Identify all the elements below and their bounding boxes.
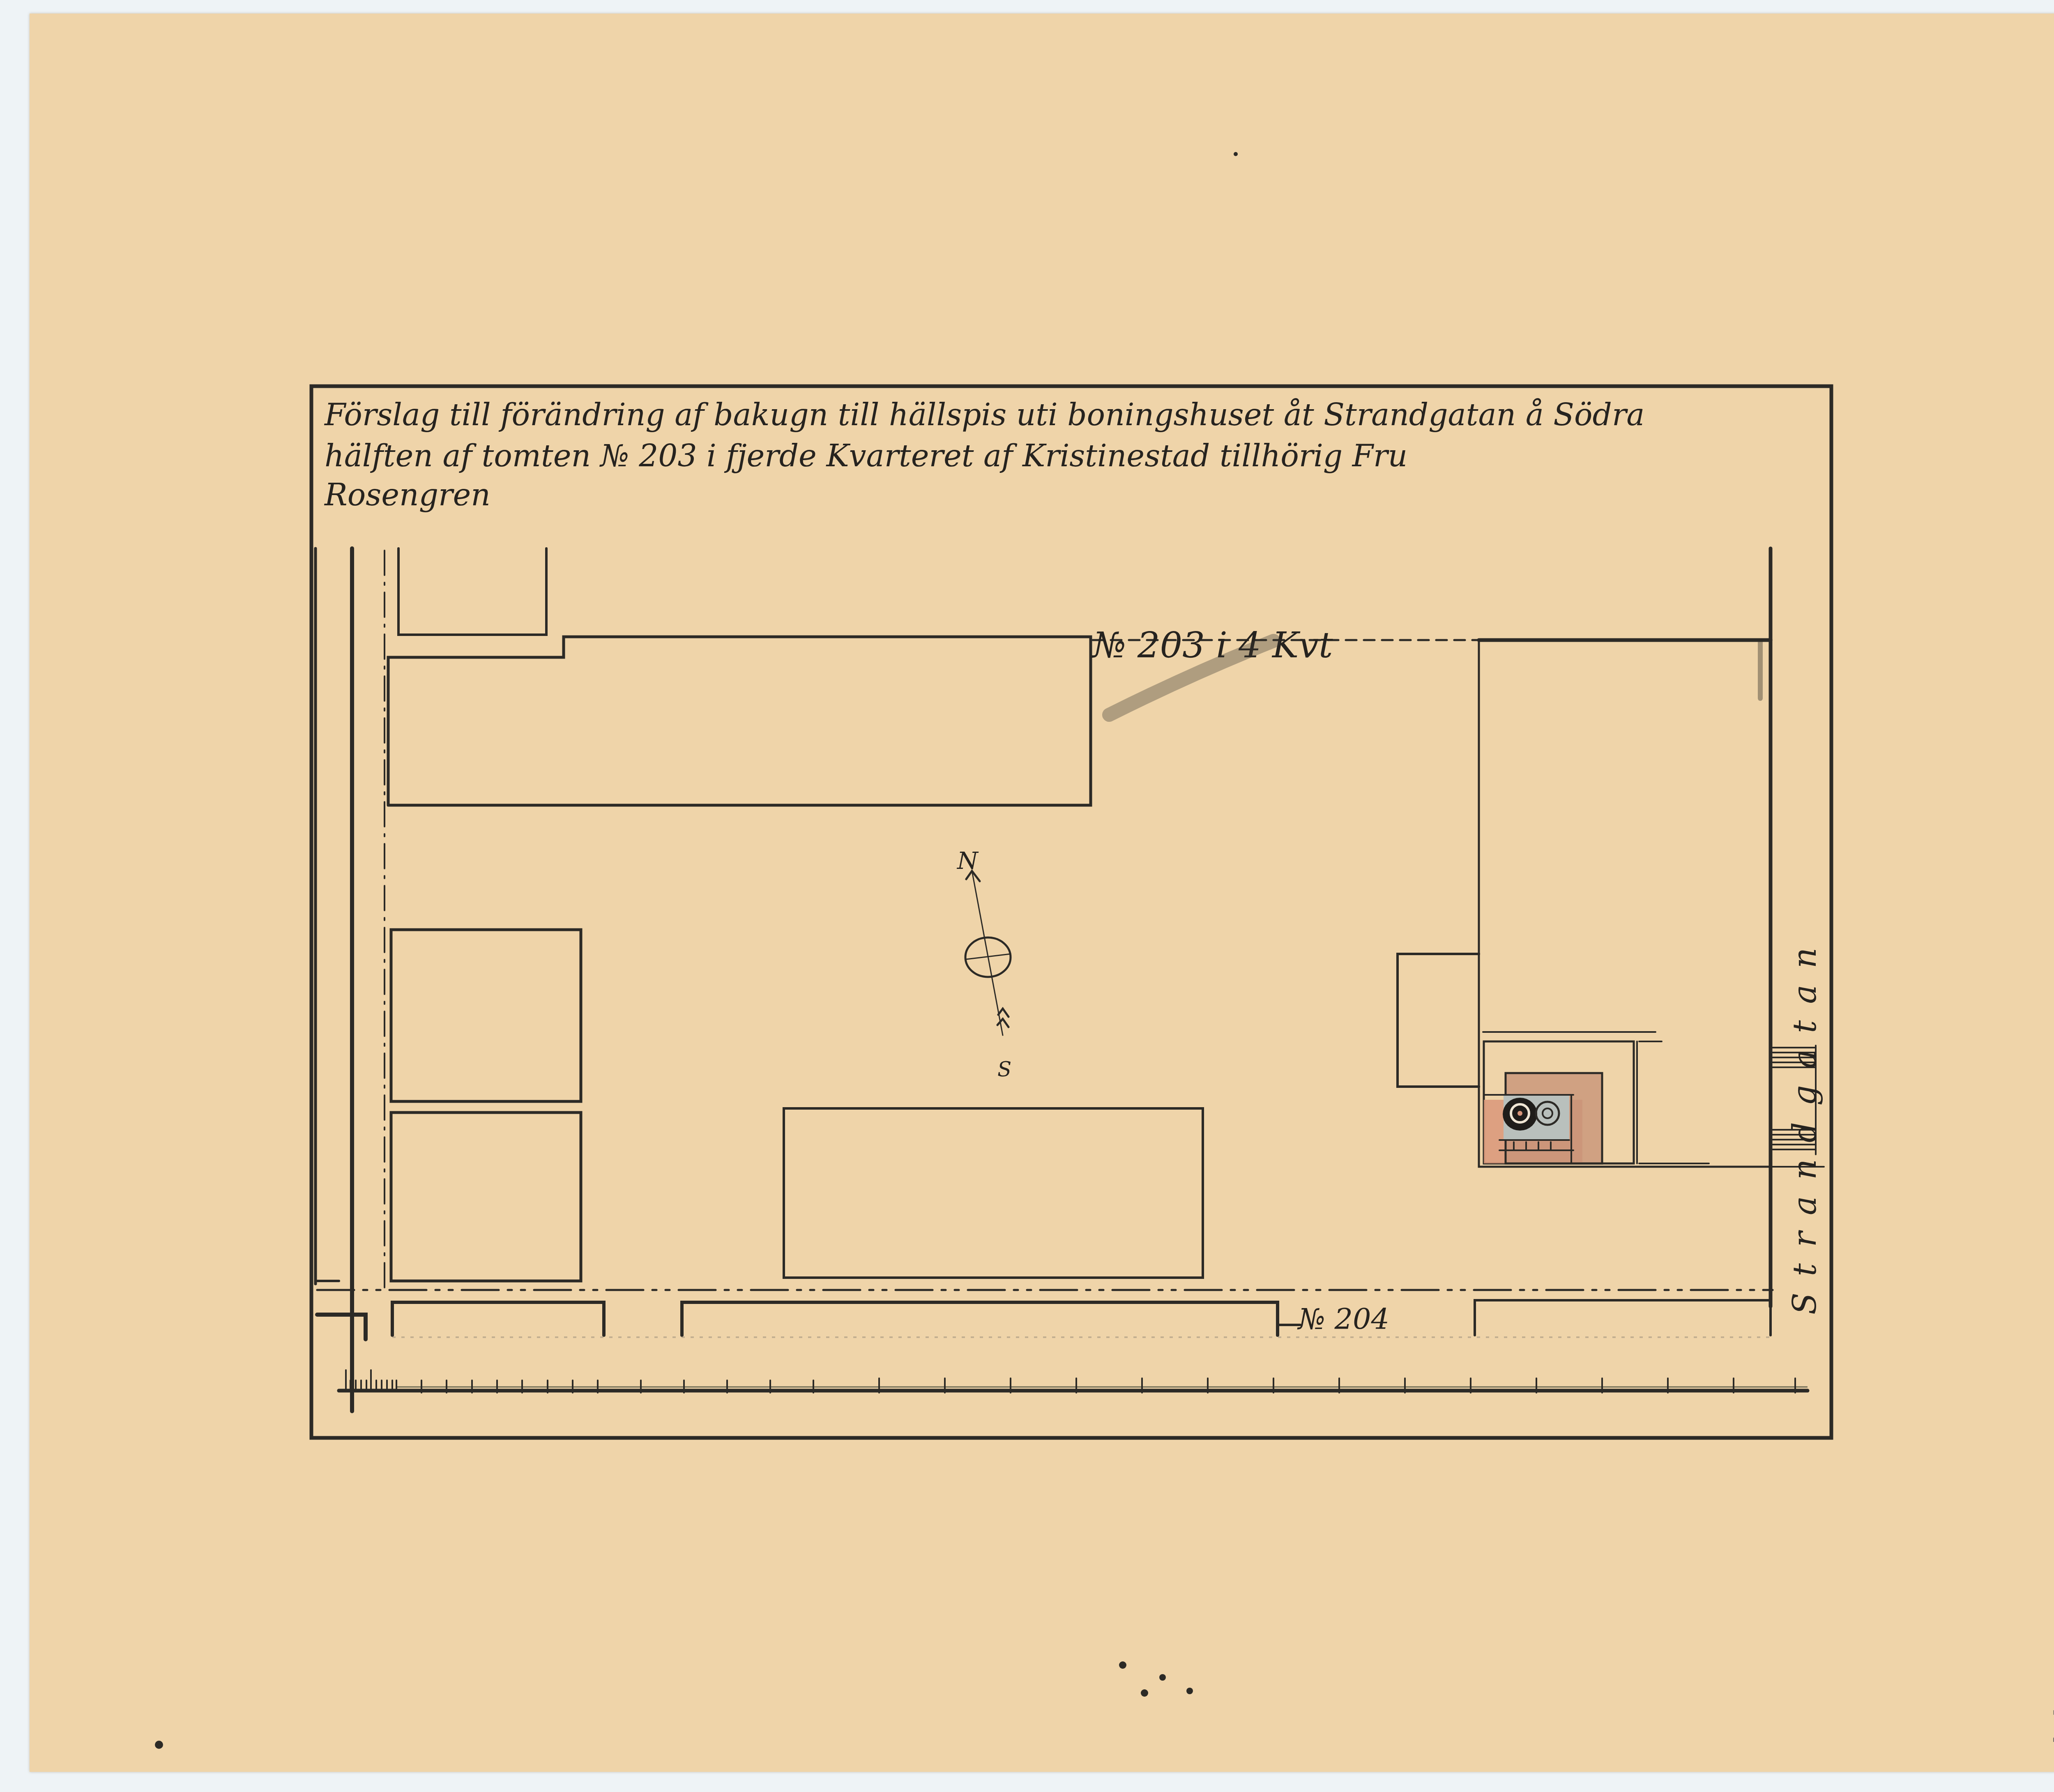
title-block: Förslag till förändring af bakugn till h… bbox=[324, 397, 1644, 513]
title-line-3: Rosengren bbox=[324, 477, 490, 513]
building-north-long bbox=[388, 637, 1091, 805]
north-arrow-icon: N S bbox=[956, 847, 1011, 1081]
street-label: Strandgatan bbox=[1787, 931, 1824, 1315]
title-line-2: hälften af tomten № 203 i fjerde Kvarter… bbox=[325, 438, 1407, 474]
label-south-plot: № 204 bbox=[1297, 1302, 1389, 1336]
left-boundary bbox=[315, 548, 385, 1411]
building-outbuilding-2 bbox=[391, 1113, 581, 1281]
south-neighbour-buildings bbox=[392, 1300, 1771, 1337]
ink-dots bbox=[155, 152, 1238, 1749]
scale-bar bbox=[339, 1370, 1808, 1393]
sheet-number: 28. bbox=[2050, 1700, 2054, 1753]
compass-north-label: N bbox=[956, 847, 979, 875]
building-neighbour-top-left bbox=[398, 548, 546, 635]
building-central-south bbox=[784, 1108, 1203, 1278]
compass-south-label: S bbox=[997, 1057, 1011, 1081]
building-outbuilding-1 bbox=[391, 930, 581, 1101]
stove-ring-left-icon bbox=[1503, 1098, 1537, 1131]
hearth-stove bbox=[1484, 1073, 1602, 1163]
title-line-1: Förslag till förändring af bakugn till h… bbox=[324, 397, 1644, 433]
street-boundary-right bbox=[1760, 548, 1771, 1306]
site-plan: Förslag till förändring af bakugn till h… bbox=[0, 0, 2054, 1792]
